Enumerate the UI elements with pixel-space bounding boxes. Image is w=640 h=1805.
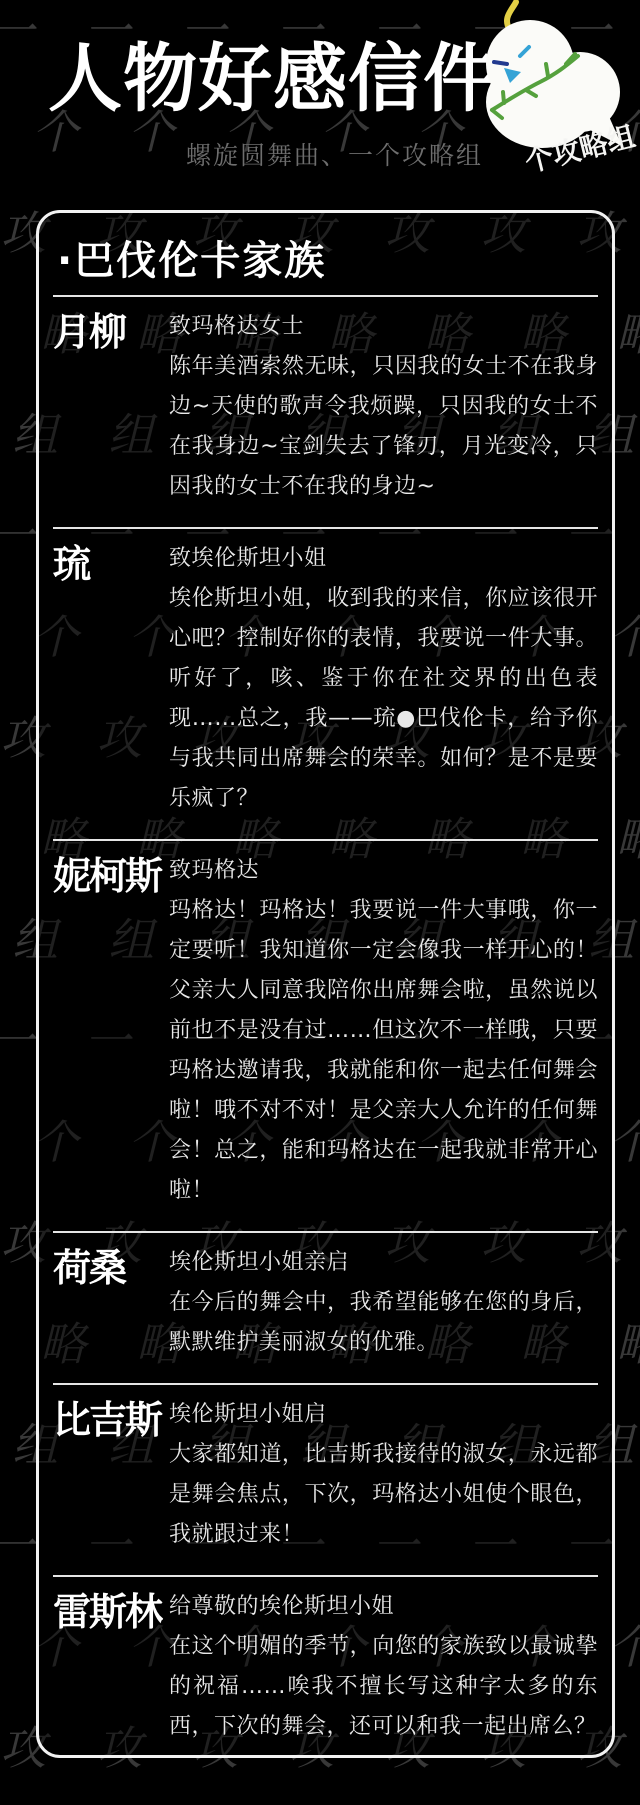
letter-content: 埃伦斯坦小姐亲启 在今后的舞会中，我希望能够在您的身后，默默维护美丽淑女的优雅。: [169, 1243, 598, 1363]
letter-body: 埃伦斯坦小姐，收到我的来信，你应该很开心吧？控制好你的表情，我要说一件大事。听好…: [169, 579, 598, 819]
page-title: 人物好感信件: [48, 42, 498, 116]
letter-body: 在这个明媚的季节，向您的家族致以最诚挚的祝福……唉我不擅长写这种字太多的东西，下…: [169, 1627, 598, 1747]
page-subtitle: 螺旋圆舞曲、一个攻略组: [186, 141, 483, 171]
letter-salutation: 埃伦斯坦小姐启: [169, 1395, 598, 1435]
letter-content: 致玛格达女士 陈年美酒索然无味，只因我的女士不在我身边~天使的歌声令我烦躁，只因…: [169, 307, 598, 507]
letter-salutation: 埃伦斯坦小姐亲启: [169, 1243, 598, 1283]
letter-body: 在今后的舞会中，我希望能够在您的身后，默默维护美丽淑女的优雅。: [169, 1283, 598, 1363]
letter-salutation: 致埃伦斯坦小姐: [169, 539, 598, 579]
letter-salutation: 给尊敬的埃伦斯坦小姐: [169, 1587, 598, 1627]
poster: { "page": { "title": "人物好感信件", "subtitle…: [0, 0, 640, 1805]
section-header: ·巴伐伦卡家族: [53, 213, 598, 295]
letter-salutation: 致玛格达女士: [169, 307, 598, 347]
letter-content: 致埃伦斯坦小姐 埃伦斯坦小姐，收到我的来信，你应该很开心吧？控制好你的表情，我要…: [169, 539, 598, 819]
letter-body: 玛格达！玛格达！我要说一件大事哦，你一定要听！我知道你一定会像我一样开心的！父亲…: [169, 891, 598, 1211]
letter-row-yueliu: 月柳 致玛格达女士 陈年美酒索然无味，只因我的女士不在我身边~天使的歌声令我烦躁…: [53, 295, 598, 527]
letter-content: 致玛格达 玛格达！玛格达！我要说一件大事哦，你一定要听！我知道你一定会像我一样开…: [169, 851, 598, 1211]
letter-row-liu: 琉 致埃伦斯坦小姐 埃伦斯坦小姐，收到我的来信，你应该很开心吧？控制好你的表情，…: [53, 527, 598, 839]
bird-mascot-icon: 个攻略组: [478, 0, 640, 182]
letter-name: 荷桑: [53, 1243, 169, 1363]
letter-row-hesang: 荷桑 埃伦斯坦小姐亲启 在今后的舞会中，我希望能够在您的身后，默默维护美丽淑女的…: [53, 1231, 598, 1383]
letter-body: 陈年美酒索然无味，只因我的女士不在我身边~天使的歌声令我烦躁，只因我的女士不在我…: [169, 347, 598, 507]
letter-row-bijisi: 比吉斯 埃伦斯坦小姐启 大家都知道，比吉斯我接待的淑女，永远都是舞会焦点，下次，…: [53, 1383, 598, 1575]
letter-row-leisilin: 雷斯林 给尊敬的埃伦斯坦小姐 在这个明媚的季节，向您的家族致以最诚挚的祝福……唉…: [53, 1575, 598, 1783]
letter-content: 给尊敬的埃伦斯坦小姐 在这个明媚的季节，向您的家族致以最诚挚的祝福……唉我不擅长…: [169, 1587, 598, 1747]
letter-name: 月柳: [53, 307, 169, 507]
letter-body: 大家都知道，比吉斯我接待的淑女，永远都是舞会焦点，下次，玛格达小姐使个眼色，我就…: [169, 1435, 598, 1555]
letter-row-nikesi: 妮柯斯 致玛格达 玛格达！玛格达！我要说一件大事哦，你一定要听！我知道你一定会像…: [53, 839, 598, 1231]
letter-name: 琉: [53, 539, 169, 819]
letters-box: ·巴伐伦卡家族 月柳 致玛格达女士 陈年美酒索然无味，只因我的女士不在我身边~天…: [36, 210, 615, 1758]
letter-name: 雷斯林: [53, 1587, 169, 1747]
letter-salutation: 致玛格达: [169, 851, 598, 891]
letter-content: 埃伦斯坦小姐启 大家都知道，比吉斯我接待的淑女，永远都是舞会焦点，下次，玛格达小…: [169, 1395, 598, 1555]
letter-name: 妮柯斯: [53, 851, 169, 1211]
letter-name: 比吉斯: [53, 1395, 169, 1555]
